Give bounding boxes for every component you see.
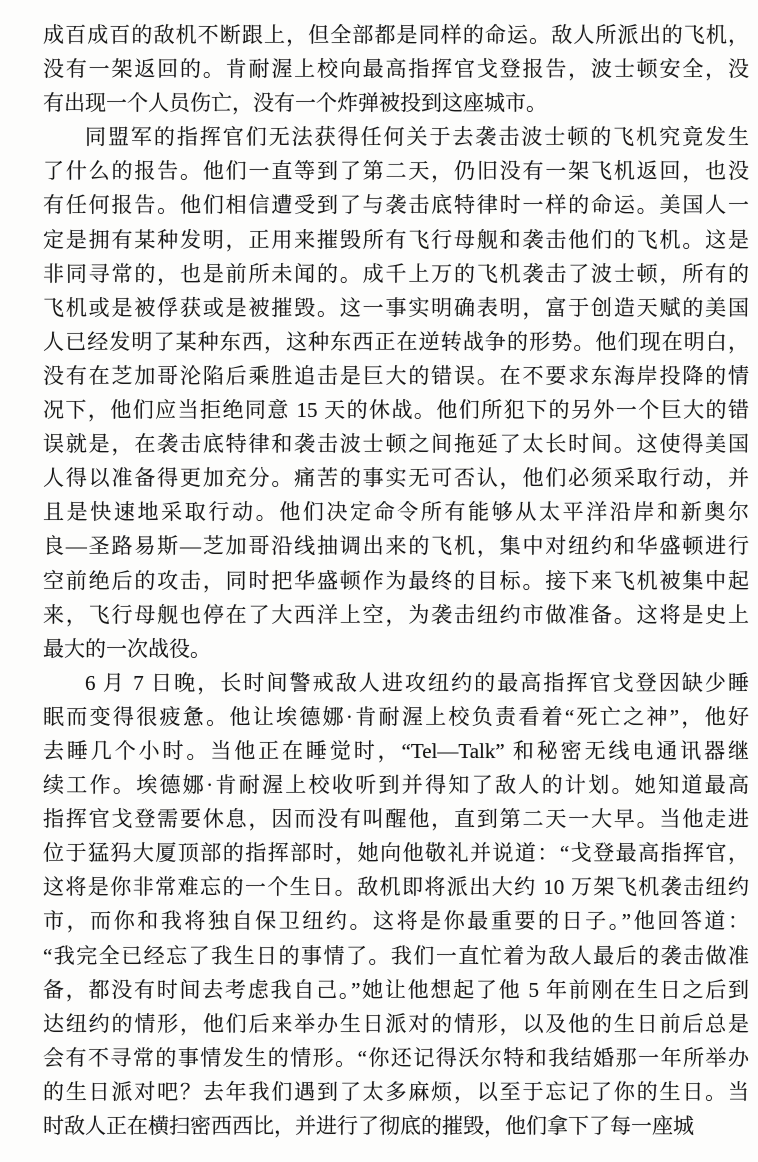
text-line: 非同寻常的，也是前所未闻的。成千上万的飞机袭击了波士顿，所有的: [43, 257, 749, 291]
paragraph: 成百成百的敌机不断跟上，但全部都是同样的命运。敌人所派出的飞机，没有一架返回的。…: [43, 18, 749, 120]
paragraph: 6 月 7 日晚，长时间警戒敌人进攻纽约的最高指挥官戈登因缺少睡眠而变得很疲惫。…: [43, 666, 749, 1143]
text-line: 去睡几个小时。当他正在睡觉时，“Tel—Talk” 和秘密无线电通讯器继: [43, 734, 749, 768]
text-line: 飞机或是被俘获或是被摧毁。这一事实明确表明，富于创造天赋的美国: [43, 291, 749, 325]
text-line: 有出现一个人员伤亡，没有一个炸弹被投到这座城市。: [43, 86, 749, 120]
text-line: “我完全已经忘了我生日的事情了。我们一直忙着为敌人最后的袭击做准: [43, 939, 749, 973]
text-line: 人得以准备得更加充分。痛苦的事实无可否认，他们必须采取行动，并: [43, 461, 749, 495]
text-line: 且是快速地采取行动。他们决定命令所有能够从太平洋沿岸和新奥尔: [43, 495, 749, 529]
text-line: 定是拥有某种发明，正用来摧毁所有飞行母舰和袭击他们的飞机。这是: [43, 223, 749, 257]
text-line: 没有在芝加哥沦陷后乘胜追击是巨大的错误。在不要求东海岸投降的情: [43, 359, 749, 393]
text-line: 达纽约的情形，他们后来举办生日派对的情形，以及他的生日前后总是: [43, 1007, 749, 1041]
text-line: 眠而变得很疲惫。他让埃德娜·肯耐渥上校负责看着“死亡之神”，他好: [43, 700, 749, 734]
text-line: 市，而你和我将独自保卫纽约。这将是你最重要的日子。”他回答道：: [43, 904, 749, 938]
text-line: 同盟军的指挥官们无法获得任何关于去袭击波士顿的飞机究竟发生: [43, 120, 749, 154]
text-line: 备，都没有时间去考虑我自己。”她让他想起了他 5 年前刚在生日之后到: [43, 973, 749, 1007]
text-line: 时敌人正在横扫密西西比，并进行了彻底的摧毁，他们拿下了每一座城: [43, 1109, 749, 1143]
text-line: 没有一架返回的。肯耐渥上校向最高指挥官戈登报告，波士顿安全，没: [43, 52, 749, 86]
text-line: 的生日派对吧？去年我们遇到了太多麻烦，以至于忘记了你的生日。当: [43, 1075, 749, 1109]
text-line: 了什么的报告。他们一直等到了第二天，仍旧没有一架飞机返回，也没: [43, 154, 749, 188]
text-line: 人已经发明了某种东西，这种东西正在逆转战争的形势。他们现在明白，: [43, 325, 749, 359]
page: 成百成百的敌机不断跟上，但全部都是同样的命运。敌人所派出的飞机，没有一架返回的。…: [0, 0, 758, 1162]
text-line: 6 月 7 日晚，长时间警戒敌人进攻纽约的最高指挥官戈登因缺少睡: [43, 666, 749, 700]
text-line: 成百成百的敌机不断跟上，但全部都是同样的命运。敌人所派出的飞机，: [43, 18, 749, 52]
text-line: 良—圣路易斯—芝加哥沿线抽调出来的飞机，集中对纽约和华盛顿进行: [43, 529, 749, 563]
text-line: 会有不寻常的事情发生的情形。“你还记得沃尔特和我结婚那一年所举办: [43, 1041, 749, 1075]
text-line: 续工作。埃德娜·肯耐渥上校收听到并得知了敌人的计划。她知道最高: [43, 768, 749, 802]
text-line: 来，飞行母舰也停在了大西洋上空，为袭击纽约市做准备。这将是史上: [43, 598, 749, 632]
text-line: 这将是你非常难忘的一个生日。敌机即将派出大约 10 万架飞机袭击纽约: [43, 870, 749, 904]
text-line: 有任何报告。他们相信遭受到了与袭击底特律时一样的命运。美国人一: [43, 188, 749, 222]
text-line: 位于猛犸大厦顶部的指挥部时，她向他敬礼并说道：“戈登最高指挥官，: [43, 836, 749, 870]
text-line: 指挥官戈登需要休息，因而没有叫醒他，直到第二天一大早。当他走进: [43, 802, 749, 836]
text-line: 况下，他们应当拒绝同意 15 天的休战。他们所犯下的另外一个巨大的错: [43, 393, 749, 427]
text-line: 空前绝后的攻击，同时把华盛顿作为最终的目标。接下来飞机被集中起: [43, 564, 749, 598]
text-block: 成百成百的敌机不断跟上，但全部都是同样的命运。敌人所派出的飞机，没有一架返回的。…: [43, 18, 749, 1143]
paragraph: 同盟军的指挥官们无法获得任何关于去袭击波士顿的飞机究竟发生了什么的报告。他们一直…: [43, 120, 749, 666]
text-line: 误就是，在袭击底特律和袭击波士顿之间拖延了太长时间。这使得美国: [43, 427, 749, 461]
text-line: 最大的一次战役。: [43, 632, 749, 666]
